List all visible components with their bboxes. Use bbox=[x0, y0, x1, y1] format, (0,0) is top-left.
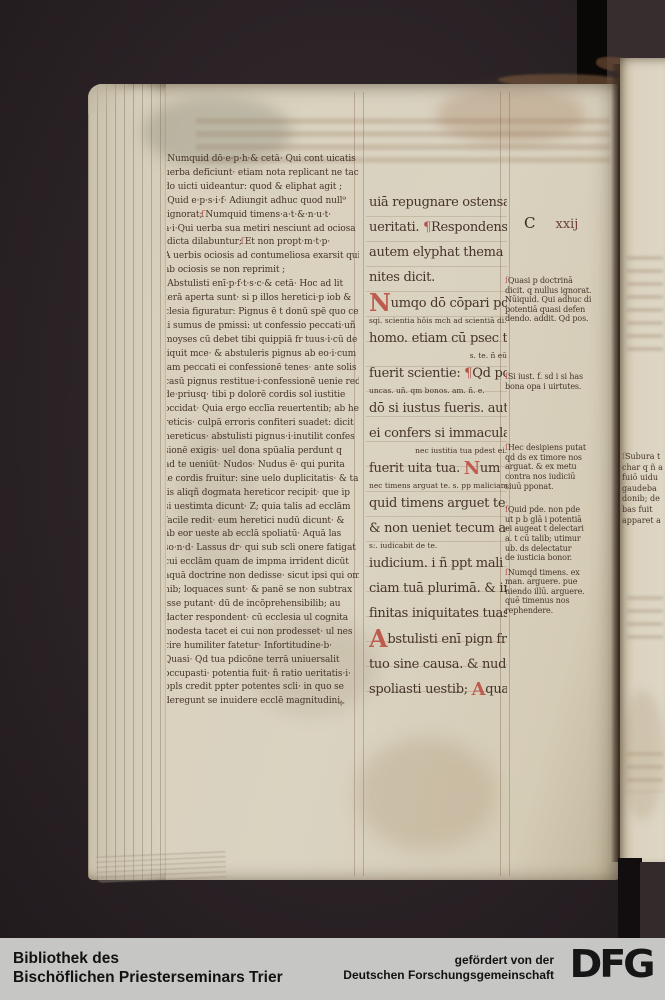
manuscript-line: homo. etiam cū psec te bbox=[369, 326, 507, 351]
line-text: s. te. ñ eū bbox=[470, 351, 507, 360]
line-text: si uestimta dicunt· Z; quia talis ad ecc… bbox=[167, 502, 351, 512]
gloss-line: niendo illū. arguere. bbox=[505, 587, 605, 597]
facing-line: donib; de bbox=[622, 494, 665, 505]
gloss-line: arguat. & ex metu bbox=[505, 462, 605, 472]
manuscript-line: dacter respondent· cū ecclesia ul cognit… bbox=[167, 612, 359, 626]
line-text: dicta dilabuntur; bbox=[167, 237, 245, 247]
manuscript-line: deregunt se inuidere ecclē magnitudini bbox=[167, 695, 359, 709]
ruling-line bbox=[165, 92, 166, 876]
facing-page-text: ſSubura t char q ñ a fuiō uidu gaudeba d… bbox=[622, 452, 665, 526]
gloss-line: Nūiquid. Qui adhuc di bbox=[505, 295, 605, 305]
line-text: clesia figuratur: Pignus ē t donū spē qu… bbox=[167, 307, 359, 317]
line-text: finitas iniquitates tuas. bbox=[369, 606, 507, 621]
line-text: arguat. & ex metu bbox=[505, 462, 577, 471]
line-text: Nūiquid. Qui adhuc di bbox=[505, 295, 591, 304]
manuscript-line: te cordis fruitur: sine uelo duplicitati… bbox=[167, 473, 359, 487]
line-text: ciam tuā plurimā. & in bbox=[369, 581, 507, 596]
manuscript-line: s. te. ñ eū bbox=[369, 351, 507, 361]
manuscript-line: nec timens arguat te. s. pp maliciam. bbox=[369, 481, 507, 491]
line-text: apparet a bbox=[622, 516, 661, 525]
line-text: fuerit scientie: bbox=[369, 366, 464, 381]
line-text: quam bbox=[485, 682, 507, 697]
manuscript-line: dō si iustus fueris. aut qd bbox=[369, 396, 507, 421]
gloss-line: ſQuid pde. non pde bbox=[505, 505, 605, 515]
gloss-line: ei augeat t delectari bbox=[505, 524, 605, 534]
line-text: ab ociosis se non reprimit ; bbox=[167, 265, 285, 275]
manuscript-line: A uerbis ociosis ad contumeliosa exarsit… bbox=[167, 250, 359, 264]
library-credit-line2: Bischöflichen Priesterseminars Trier bbox=[13, 968, 283, 987]
manuscript-line: cui ecclām quam de impma irrident dicūt bbox=[167, 556, 359, 570]
line-text: gaudeba bbox=[622, 484, 657, 493]
folio-letter: C bbox=[524, 214, 535, 232]
manuscript-line: ei confers si immaculata bbox=[369, 421, 507, 446]
line-text: Respondens bbox=[431, 220, 507, 235]
line-text: do uicti uideantur: quod & eliphat agit … bbox=[167, 182, 342, 192]
line-text: cire humiliter fatetur· Infortitudine·b· bbox=[167, 641, 332, 651]
line-text: terā aperta sunt· si p illos heretici·p … bbox=[167, 293, 351, 303]
shadow-below-facing-page bbox=[618, 858, 642, 938]
manuscript-line: ſQuid e·p·s·i·f· Adiungit adhuc quod nul… bbox=[167, 195, 359, 209]
line-text: ignorat; bbox=[167, 210, 205, 220]
library-credit: Bibliothek des Bischöflichen Priestersem… bbox=[13, 949, 283, 987]
gloss-line: bona opa i uirtutes. bbox=[505, 382, 605, 392]
line-text: cui ecclām quam de impma irrident dicūt bbox=[167, 557, 349, 567]
stacked-page-edges-left bbox=[88, 84, 166, 880]
facing-line: bas fuit bbox=[622, 505, 665, 516]
gloss-line: de iusticia bonor. bbox=[505, 553, 605, 563]
line-text: qd ds ex timore nos bbox=[505, 453, 582, 462]
library-credit-line1: Bibliothek des bbox=[13, 949, 283, 968]
facing-line: gaudeba bbox=[622, 484, 665, 495]
scribal-catchmark: ÷ bbox=[337, 698, 345, 709]
manuscript-line: aquā doctrine non dedisse· sicut ipsi qu… bbox=[167, 570, 359, 584]
manuscript-line: ad te ueniūt· Nudos· Nudus ē· qui purita bbox=[167, 459, 359, 473]
line-text: Abstulisti enī·p·f·t·s·c·& cetā· Hoc ad … bbox=[167, 279, 343, 289]
manuscript-line: ab ociosis se non reprimit ; bbox=[167, 264, 359, 278]
line-text: fuiō uidu bbox=[622, 473, 658, 482]
center-text-column: uiā repugnare ostensa ē ueritati. ¶Respo… bbox=[369, 190, 507, 702]
line-text: sqi. scientia hōis mch ad scientiā di. bbox=[369, 316, 507, 325]
line-text: homo. etiam cū psec te bbox=[369, 331, 507, 346]
manuscript-line: so·n·d· Lassus dr· qui sub scli onere fa… bbox=[167, 542, 359, 556]
folio-number: C xxij bbox=[524, 214, 578, 232]
funding-credit: gefördert von der Deutschen Forschungsge… bbox=[330, 953, 554, 982]
line-text: de·priusq· tibi p dolorē cordis sol iust… bbox=[167, 390, 345, 400]
line-text: A uerbis ociosis ad contumeliosa exarsit… bbox=[167, 251, 359, 261]
line-text: nib; loquaces sunt· & panē se non subtra… bbox=[167, 585, 352, 595]
facing-line: ſSubura t bbox=[622, 452, 665, 463]
line-text: Hec desipiens putat bbox=[508, 443, 586, 452]
manuscript-line: uiā repugnare ostensa ē bbox=[369, 190, 507, 215]
line-text: s:. iudicabit de te. bbox=[369, 541, 437, 550]
gloss-line: rephendere. bbox=[505, 606, 605, 616]
manuscript-line: dicta dilabuntur; ſEt non propt·m·t·p· bbox=[167, 236, 359, 250]
manuscript-line: quid timens arguet te; bbox=[369, 491, 507, 516]
manuscript-line: sionē exigis· uel dona spūalia perdunt q bbox=[167, 445, 359, 459]
line-text: casū pignus restitue·i·confessionē uenie… bbox=[167, 377, 359, 387]
manuscript-line: a·i·Qui uerba sua metiri nesciunt ad oci… bbox=[167, 223, 359, 237]
manuscript-line: ignorat; ſNumquid timens·a·t·&·n·u·t· bbox=[167, 209, 359, 223]
manuscript-line: do uicti uideantur: quod & eliphat agit … bbox=[167, 181, 359, 195]
gloss-line: ſSi iust. f. sd i si has bbox=[505, 372, 605, 382]
manuscript-line: sqi. scientia hōis mch ad scientiā di. bbox=[369, 316, 507, 326]
line-text: tuo sine causa. & nudos bbox=[369, 657, 507, 672]
cover-edge-bottom-right bbox=[640, 862, 665, 938]
line-text: a·i·Qui uerba sua metiri nesciunt ad oci… bbox=[167, 224, 356, 234]
rubric-initial: N bbox=[464, 458, 480, 479]
line-text: donib; de bbox=[622, 494, 660, 503]
line-text: ut p b glā i potentiā bbox=[505, 515, 582, 524]
page-corner-top-left bbox=[88, 84, 128, 114]
line-text: so·n·d· Lassus dr· qui sub scli onere fa… bbox=[167, 543, 356, 553]
manuscript-line: iam peccati ei confessionē tenes· ante s… bbox=[167, 362, 359, 376]
line-text: uiā repugnare ostensa ē bbox=[369, 195, 507, 210]
line-text: quid timens arguet te; bbox=[369, 496, 507, 511]
manuscript-line: ppls credit ppter potentes scli· in quo … bbox=[167, 681, 359, 695]
line-text: ab eor ueste ab ecclā spoliatū· Aquā las bbox=[167, 529, 341, 539]
funding-credit-line1: gefördert von der bbox=[330, 953, 554, 968]
line-text: ei confers si immaculata bbox=[369, 426, 507, 441]
manuscript-line: cire humiliter fatetur· Infortitudine·b· bbox=[167, 640, 359, 654]
line-text: ad te ueniūt· Nudos· Nudus ē· qui purita bbox=[167, 460, 345, 470]
manuscript-line: nec iustitia tua pdest ei. bbox=[369, 446, 507, 456]
rubric-initial: A bbox=[472, 679, 486, 700]
gloss-line: ſQuasi p doctrinā bbox=[505, 276, 605, 286]
folio-numeral: xxij bbox=[555, 217, 578, 232]
line-text: te cordis fruitur: sine uelo duplicitati… bbox=[167, 474, 358, 484]
manuscript-line: occidat· Quia ergo ecclīa reuertentib; a… bbox=[167, 403, 359, 417]
line-text: reticis· culpā erroris confiteri suadet:… bbox=[167, 418, 354, 428]
manuscript-line: occupasti· potentia fuit· ñ ratio uerita… bbox=[167, 668, 359, 682]
line-text: deregunt se inuidere ecclē magnitudini bbox=[167, 696, 340, 706]
line-text: Quasi p doctrinā bbox=[508, 276, 573, 285]
line-text: autem elyphat thema bbox=[369, 245, 503, 260]
line-text: Si iust. f. sd i si has bbox=[508, 372, 583, 381]
manuscript-line: lis aliqñ dogmata hereticor recipit· que… bbox=[167, 487, 359, 501]
gloss-line: ſNumqd timens. ex bbox=[505, 568, 605, 578]
manuscript-line: uncas. uñ. qm bonos. am. ñ. e. bbox=[369, 386, 507, 396]
line-text: sionē exigis· uel dona spūalia perdunt q bbox=[167, 446, 342, 456]
line-text: iam peccati ei confessionē tenes· ante s… bbox=[167, 363, 359, 373]
manuscript-line: terā aperta sunt· si p illos heretici·p … bbox=[167, 292, 359, 306]
line-text: dacter respondent· cū ecclesia ul cognit… bbox=[167, 613, 348, 623]
line-text: isse putant· dū de incōprehensibilib; au bbox=[167, 599, 341, 609]
manuscript-line: fuerit scientie: ¶Qd pot bbox=[369, 361, 507, 386]
left-text-column: ſNumquid dō·e·p·h·& cetā· Qui cont uicat… bbox=[167, 153, 359, 709]
line-text: bas fuit bbox=[622, 505, 652, 514]
manuscript-line: ti sumus de pmissi: ut confessio peccati… bbox=[167, 320, 359, 334]
line-text: dō si iustus fueris. aut qd bbox=[369, 401, 507, 416]
line-text: de iusticia bonor. bbox=[505, 553, 572, 562]
manuscript-line: finitas iniquitates tuas. bbox=[369, 601, 507, 626]
line-text: Numqd timens. ex bbox=[508, 568, 580, 577]
book-photo-backdrop: ſNumquid dō·e·p·h·& cetā· Qui cont uicat… bbox=[0, 0, 665, 938]
gloss-line: siuū pponat. bbox=[505, 482, 605, 492]
gloss-line: quē timenus nos bbox=[505, 596, 605, 606]
line-text: nites dicit. bbox=[369, 270, 435, 285]
line-text: Et non propt·m·t·p· bbox=[245, 237, 330, 247]
line-text: hereticus· abstulisti pignus·i·inutilit … bbox=[167, 432, 355, 442]
facing-line: apparet a bbox=[622, 516, 665, 527]
line-text: a. t cū talib; utimur bbox=[505, 534, 581, 543]
line-text: lis aliqñ dogmata hereticor recipit· que… bbox=[167, 488, 350, 498]
ruling-line bbox=[363, 92, 364, 876]
manuscript-line: ciam tuā plurimā. & in bbox=[369, 576, 507, 601]
manuscript-line: ſNumquid dō·e·p·h·& cetā· Qui cont uicat… bbox=[167, 153, 359, 167]
manuscript-line: s:. iudicabit de te. bbox=[369, 541, 507, 551]
manuscript-line: casū pignus restitue·i·confessionē uenie… bbox=[167, 376, 359, 390]
line-text: umqo dō cōpari potest bbox=[391, 296, 507, 311]
line-text: contra nos iudiciū bbox=[505, 472, 575, 481]
gloss-line: dendo. addit. Qd pos. bbox=[505, 314, 605, 324]
line-text: ueritati. bbox=[369, 220, 423, 235]
line-text: moyses cū debet tibi quippiā fr tuus·i·c… bbox=[167, 335, 357, 345]
line-text: uncas. uñ. qm bonos. am. ñ. e. bbox=[369, 386, 485, 395]
line-text: Qd pot bbox=[472, 366, 507, 381]
manuscript-line: modesta tacet ei cui non prodesset· ul n… bbox=[167, 626, 359, 640]
gloss-line: a. t cū talib; utimur bbox=[505, 534, 605, 544]
manuscript-line: Quasi· Qd tua pdicōne terrā uniuersalit bbox=[167, 654, 359, 668]
line-text: quē timenus nos bbox=[505, 596, 569, 605]
line-text: ub. ds delectatur bbox=[505, 544, 571, 553]
line-text: bona opa i uirtutes. bbox=[505, 382, 581, 391]
line-text: man. arguere. pue bbox=[505, 577, 577, 586]
manuscript-line: Numqo dō cōpari potest bbox=[369, 290, 507, 316]
gloss-line: qd ds ex timore nos bbox=[505, 453, 605, 463]
rubric-initial: ¶ bbox=[423, 220, 431, 235]
page-gutter-shadow bbox=[611, 64, 620, 862]
line-text: nec iustitia tua pdest ei. bbox=[415, 446, 507, 455]
rubric-initial: A bbox=[369, 626, 387, 652]
manuscript-line: clesia figuratur: Pignus ē t donū spē qu… bbox=[167, 306, 359, 320]
line-text: siuū pponat. bbox=[505, 482, 553, 491]
gloss-line: potentiā quasi defen bbox=[505, 305, 605, 315]
line-text: Subura t bbox=[625, 452, 660, 461]
line-text: Quid e·p·s·i·f· Adiungit adhuc quod null… bbox=[167, 196, 346, 206]
line-text: rephendere. bbox=[505, 606, 553, 615]
line-text: char q ñ a bbox=[622, 463, 663, 472]
facing-line: fuiō uidu bbox=[622, 473, 665, 484]
manuscript-line: facile redit· eum heretici nudū dicunt· … bbox=[167, 515, 359, 529]
manuscript-line: Abstulisti enī pign frm bbox=[369, 626, 507, 652]
gloss-line: man. arguere. pue bbox=[505, 577, 605, 587]
margin-gloss-column: ſQuasi p doctrinā dicit. q nullus ignora… bbox=[505, 276, 605, 616]
line-text: facile redit· eum heretici nudū dicunt· … bbox=[167, 516, 344, 526]
line-text: Numquid timens·a·t·&·n·u·t· bbox=[205, 210, 331, 220]
manuscript-line: isse putant· dū de incōprehensibilib; au bbox=[167, 598, 359, 612]
manuscript-line: ſAbstulisti enī·p·f·t·s·c·& cetā· Hoc ad… bbox=[167, 278, 359, 292]
gloss-line: dicit. q nullus ignorat. bbox=[505, 286, 605, 296]
manuscript-line: nib; loquaces sunt· & panē se non subtra… bbox=[167, 584, 359, 598]
manuscript-line: & non ueniet tecum ad bbox=[369, 516, 507, 541]
line-text: ei augeat t delectari bbox=[505, 524, 584, 533]
line-text: occupasti· potentia fuit· ñ ratio uerita… bbox=[167, 669, 351, 679]
gloss-line: ut p b glā i potentiā bbox=[505, 515, 605, 525]
line-text: modesta tacet ei cui non prodesset· ul n… bbox=[167, 627, 352, 637]
line-text: & non ueniet tecum ad bbox=[369, 521, 507, 536]
dfg-logo: DFG bbox=[558, 943, 664, 985]
line-text: uerba deficiunt· etiam nota replicant ne… bbox=[167, 168, 359, 178]
digitization-footer-bar: Bibliothek des Bischöflichen Priestersem… bbox=[0, 938, 665, 1000]
manuscript-line: reticis· culpā erroris confiteri suadet:… bbox=[167, 417, 359, 431]
line-text: iudicium. i ñ ppt mali bbox=[369, 556, 503, 571]
manuscript-line: uerba deficiunt· etiam nota replicant ne… bbox=[167, 167, 359, 181]
manuscript-line: autem elyphat thema bbox=[369, 240, 507, 265]
line-text: nec timens arguat te. s. pp maliciam. bbox=[369, 481, 507, 490]
line-text: Numquid dō·e·p·h·& cetā· Qui cont uicati… bbox=[167, 154, 355, 164]
manuscript-line: hereticus· abstulisti pignus·i·inutilit … bbox=[167, 431, 359, 445]
line-text: fuerit uita tua. bbox=[369, 461, 464, 476]
manuscript-line: tuo sine causa. & nudos bbox=[369, 652, 507, 677]
manuscript-line: ueritati. ¶Respondens bbox=[369, 215, 507, 240]
manuscript-line: de·priusq· tibi p dolorē cordis sol iust… bbox=[167, 389, 359, 403]
manuscript-line: moyses cū debet tibi quippiā fr tuus·i·c… bbox=[167, 334, 359, 348]
manuscript-line: iudicium. i ñ ppt mali bbox=[369, 551, 507, 576]
line-text: dicit. q nullus ignorat. bbox=[505, 286, 591, 295]
gloss-line: ſHec desipiens putat bbox=[505, 443, 605, 453]
line-text: potentiā quasi defen bbox=[505, 305, 585, 314]
manuscript-line: ab eor ueste ab ecclā spoliatū· Aquā las bbox=[167, 528, 359, 542]
gloss-line: contra nos iudiciū bbox=[505, 472, 605, 482]
manuscript-line: liquit mce· & abstuleris pignus ab eo·i·… bbox=[167, 348, 359, 362]
funding-credit-line2: Deutschen Forschungsgemeinschaft bbox=[330, 968, 554, 983]
line-text: occidat· Quia ergo ecclīa reuertentib; a… bbox=[167, 404, 359, 414]
binding-gap-shadow bbox=[577, 0, 607, 84]
rubric-initial: N bbox=[369, 290, 391, 316]
manuscript-line: si uestimta dicunt· Z; quia talis ad ecc… bbox=[167, 501, 359, 515]
line-text: ppls credit ppter potentes scli· in quo … bbox=[167, 682, 344, 692]
line-text: niendo illū. arguere. bbox=[505, 587, 585, 596]
line-text: bstulisti enī pign frm bbox=[387, 632, 507, 647]
line-text: Quid pde. non pde bbox=[508, 505, 580, 514]
manuscript-line: spoliasti uestib; Aquam bbox=[369, 677, 507, 702]
facing-line: char q ñ a bbox=[622, 463, 665, 474]
line-text: ti sumus de pmissi: ut confessio peccati… bbox=[167, 321, 355, 331]
line-text: liquit mce· & abstuleris pignus ab eo·i·… bbox=[167, 349, 356, 359]
manuscript-line: nites dicit. bbox=[369, 265, 507, 290]
line-text: um bbox=[480, 461, 500, 476]
line-text: dendo. addit. Qd pos. bbox=[505, 314, 588, 323]
line-text: Quasi· Qd tua pdicōne terrā uniuersalit bbox=[167, 655, 339, 665]
manuscript-line: fuerit uita tua. Num bbox=[369, 456, 507, 481]
gloss-line: ub. ds delectatur bbox=[505, 544, 605, 554]
line-text: spoliasti uestib; bbox=[369, 682, 472, 697]
line-text: aquā doctrine non dedisse· sicut ipsi qu… bbox=[167, 571, 359, 581]
